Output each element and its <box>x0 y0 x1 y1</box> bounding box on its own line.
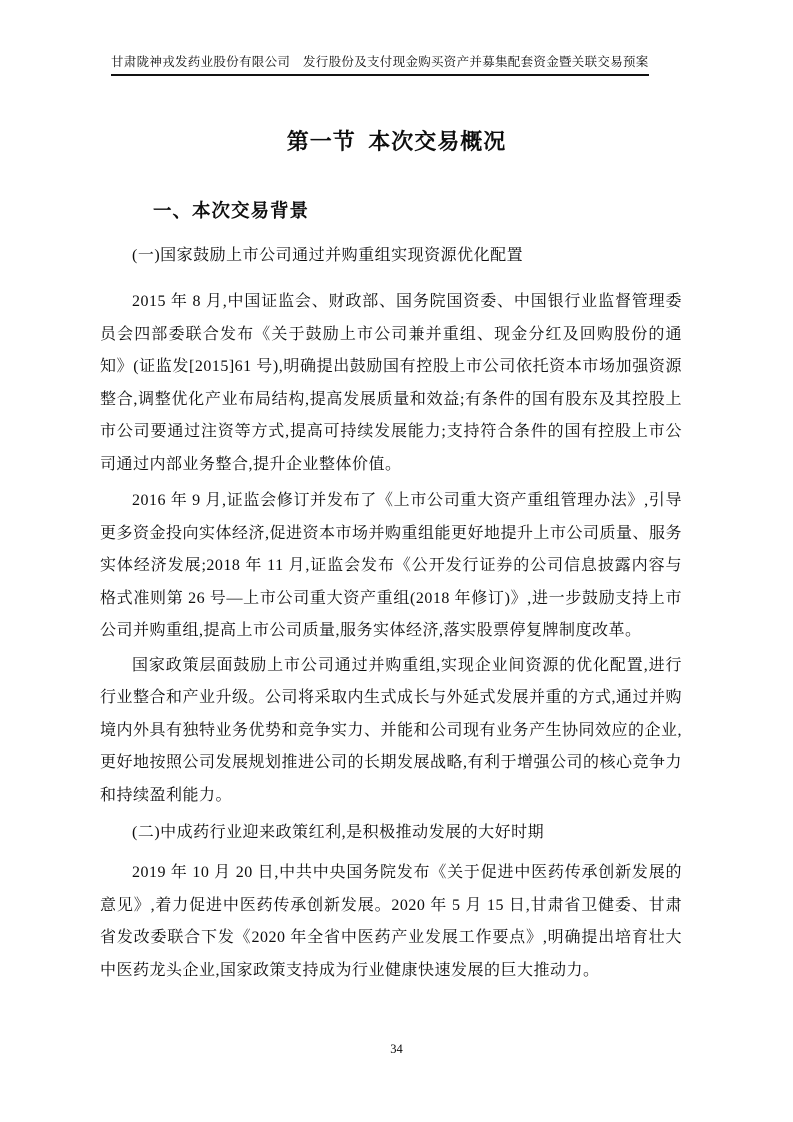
subsection-heading-1: (一)国家鼓励上市公司通过并购重组实现资源优化配置 <box>100 245 682 267</box>
page-number: 34 <box>0 1041 793 1057</box>
document-body: 一、本次交易背景 (一)国家鼓励上市公司通过并购重组实现资源优化配置 2015 … <box>100 200 682 987</box>
header-running-title: 甘肃陇神戎发药业股份有限公司 发行股份及支付现金购买资产并募集配套资金暨关联交易… <box>111 54 649 76</box>
subsection-heading-2: (二)中成药行业迎来政策红利,是积极推动发展的大好时期 <box>100 822 682 844</box>
paragraph: 2019 年 10 月 20 日,中共中央国务院发布《关于促进中医药传承创新发展… <box>100 857 682 987</box>
paragraph: 国家政策层面鼓励上市公司通过并购重组,实现企业间资源的优化配置,进行行业整合和产… <box>100 650 682 813</box>
paragraph: 2016 年 9 月,证监会修订并发布了《上市公司重大资产重组管理办法》,引导更… <box>100 485 682 648</box>
page-header: 甘肃陇神戎发药业股份有限公司 发行股份及支付现金购买资产并募集配套资金暨关联交易… <box>0 0 793 76</box>
document-page: 甘肃陇神戎发药业股份有限公司 发行股份及支付现金购买资产并募集配套资金暨关联交易… <box>0 0 793 1122</box>
section-heading: 一、本次交易背景 <box>100 200 682 224</box>
paragraph: 2015 年 8 月,中国证监会、财政部、国务院国资委、中国银行业监督管理委员会… <box>100 286 682 481</box>
page-title: 第一节 本次交易概况 <box>0 128 793 156</box>
